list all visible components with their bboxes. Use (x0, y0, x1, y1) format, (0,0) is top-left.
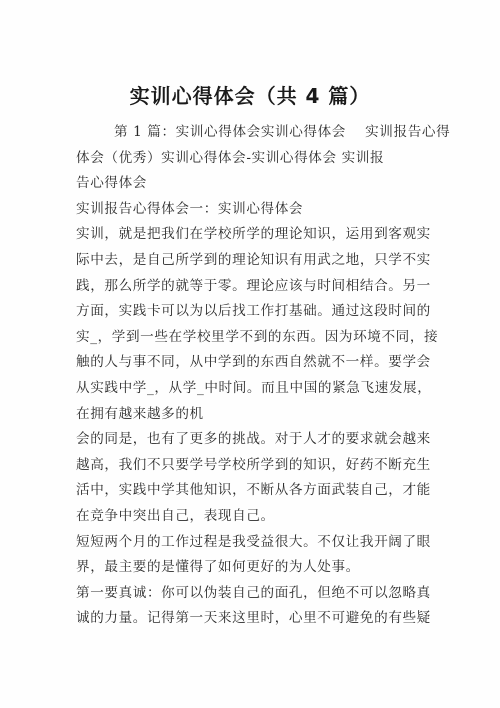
text-line: 实_，学到一些在学校里学不到的东西。因为环境不同，接 (76, 325, 432, 351)
text-line: 方面，实践卡可以为以后找工作打基础。通过这段时间的 (76, 299, 432, 325)
text-line: 告心得体会 (76, 171, 432, 197)
text-line: 在竞争中突出自己，表现自己。 (76, 504, 432, 530)
text-line: 从实践中学_，从学_中时间。而且中国的紧急飞速发展， (76, 376, 432, 402)
text-line: 际中去，是自己所学到的理论知识有用武之地，只学不实 (76, 248, 432, 274)
text-line: 短短两个月的工作过程是我受益很大。不仅让我开阔了眼 (76, 530, 432, 556)
text-line: 会的同是，也有了更多的挑战。对于人才的要求就会越来 (76, 427, 432, 453)
text-line: 越高，我们不只要学号学校所学到的知识，好药不断充生 (76, 453, 432, 479)
text-line: 实训，就是把我们在学校所学的理论知识，运用到客观实 (76, 222, 432, 248)
text-line: 第 1 篇：实训心得体会实训心得体会 实训报告心得 (76, 120, 432, 146)
document-body: 第 1 篇：实训心得体会实训心得体会 实训报告心得 体会（优秀）实训心得体会-实… (76, 120, 432, 632)
text-line: 体会（优秀）实训心得体会-实训心得体会 实训报 (76, 146, 432, 172)
text-line: 在拥有越来越多的机 (76, 402, 432, 428)
section-heading: 实训报告心得体会一：实训心得体会 (76, 197, 432, 223)
text-line: 触的人与事不同，从中学到的东西自然就不一样。要学会 (76, 350, 432, 376)
document-title: 实训心得体会（共 4 篇） (0, 80, 500, 109)
text-line: 践，那么所学的就等于零。理论应该与时间相结合。另一 (76, 274, 432, 300)
text-line: 界，最主要的是懂得了如何更好的为人处事。 (76, 555, 432, 581)
text-line: 活中，实践中学其他知识，不断从各方面武装自己，才能 (76, 478, 432, 504)
document-page: 实训心得体会（共 4 篇） 第 1 篇：实训心得体会实训心得体会 实训报告心得 … (0, 0, 500, 708)
text-line: 第一要真诚：你可以伪装自己的面孔，但绝不可以忽略真 (76, 581, 432, 607)
text-line: 诚的力量。记得第一天来这里时，心里不可避免的有些疑 (76, 606, 432, 632)
